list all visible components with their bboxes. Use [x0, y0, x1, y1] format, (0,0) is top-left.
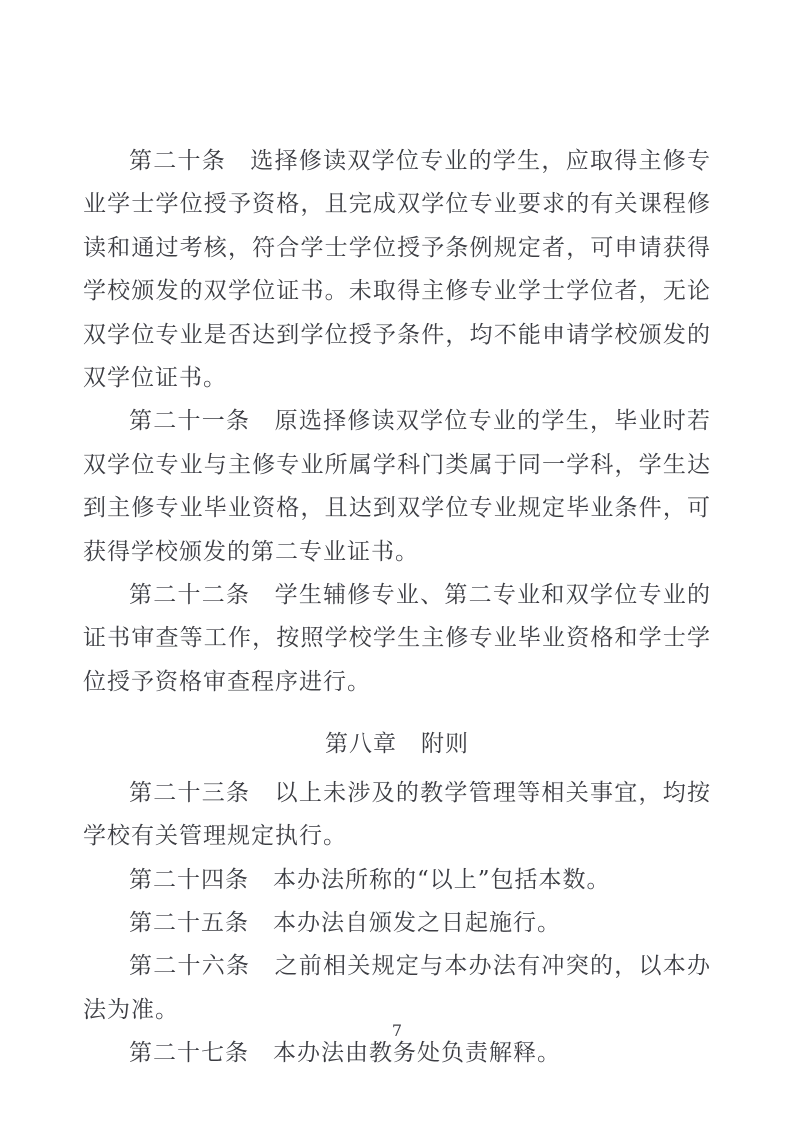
- page-number: 7: [0, 1020, 794, 1042]
- article-20: 第二十条 选择修读双学位专业的学生，应取得主修专业学士学位授予资格，且完成双学位…: [83, 140, 711, 400]
- article-21: 第二十一条 原选择修读双学位专业的学生，毕业时若双学位专业与主修专业所属学科门类…: [83, 400, 711, 574]
- article-22: 第二十二条 学生辅修专业、第二专业和双学位专业的证书审查等工作，按照学校学生主修…: [83, 574, 711, 704]
- article-23: 第二十三条 以上未涉及的教学管理等相关事宜，均按学校有关管理规定执行。: [83, 772, 711, 859]
- chapter-heading: 第八章 附则: [83, 723, 711, 766]
- document-page: 第二十条 选择修读双学位专业的学生，应取得主修专业学士学位授予资格，且完成双学位…: [0, 0, 794, 1123]
- article-24: 第二十四条 本办法所称的“以上”包括本数。: [83, 859, 711, 902]
- document-body: 第二十条 选择修读双学位专业的学生，应取得主修专业学士学位授予资格，且完成双学位…: [83, 140, 711, 1076]
- article-25: 第二十五条 本办法自颁发之日起施行。: [83, 902, 711, 945]
